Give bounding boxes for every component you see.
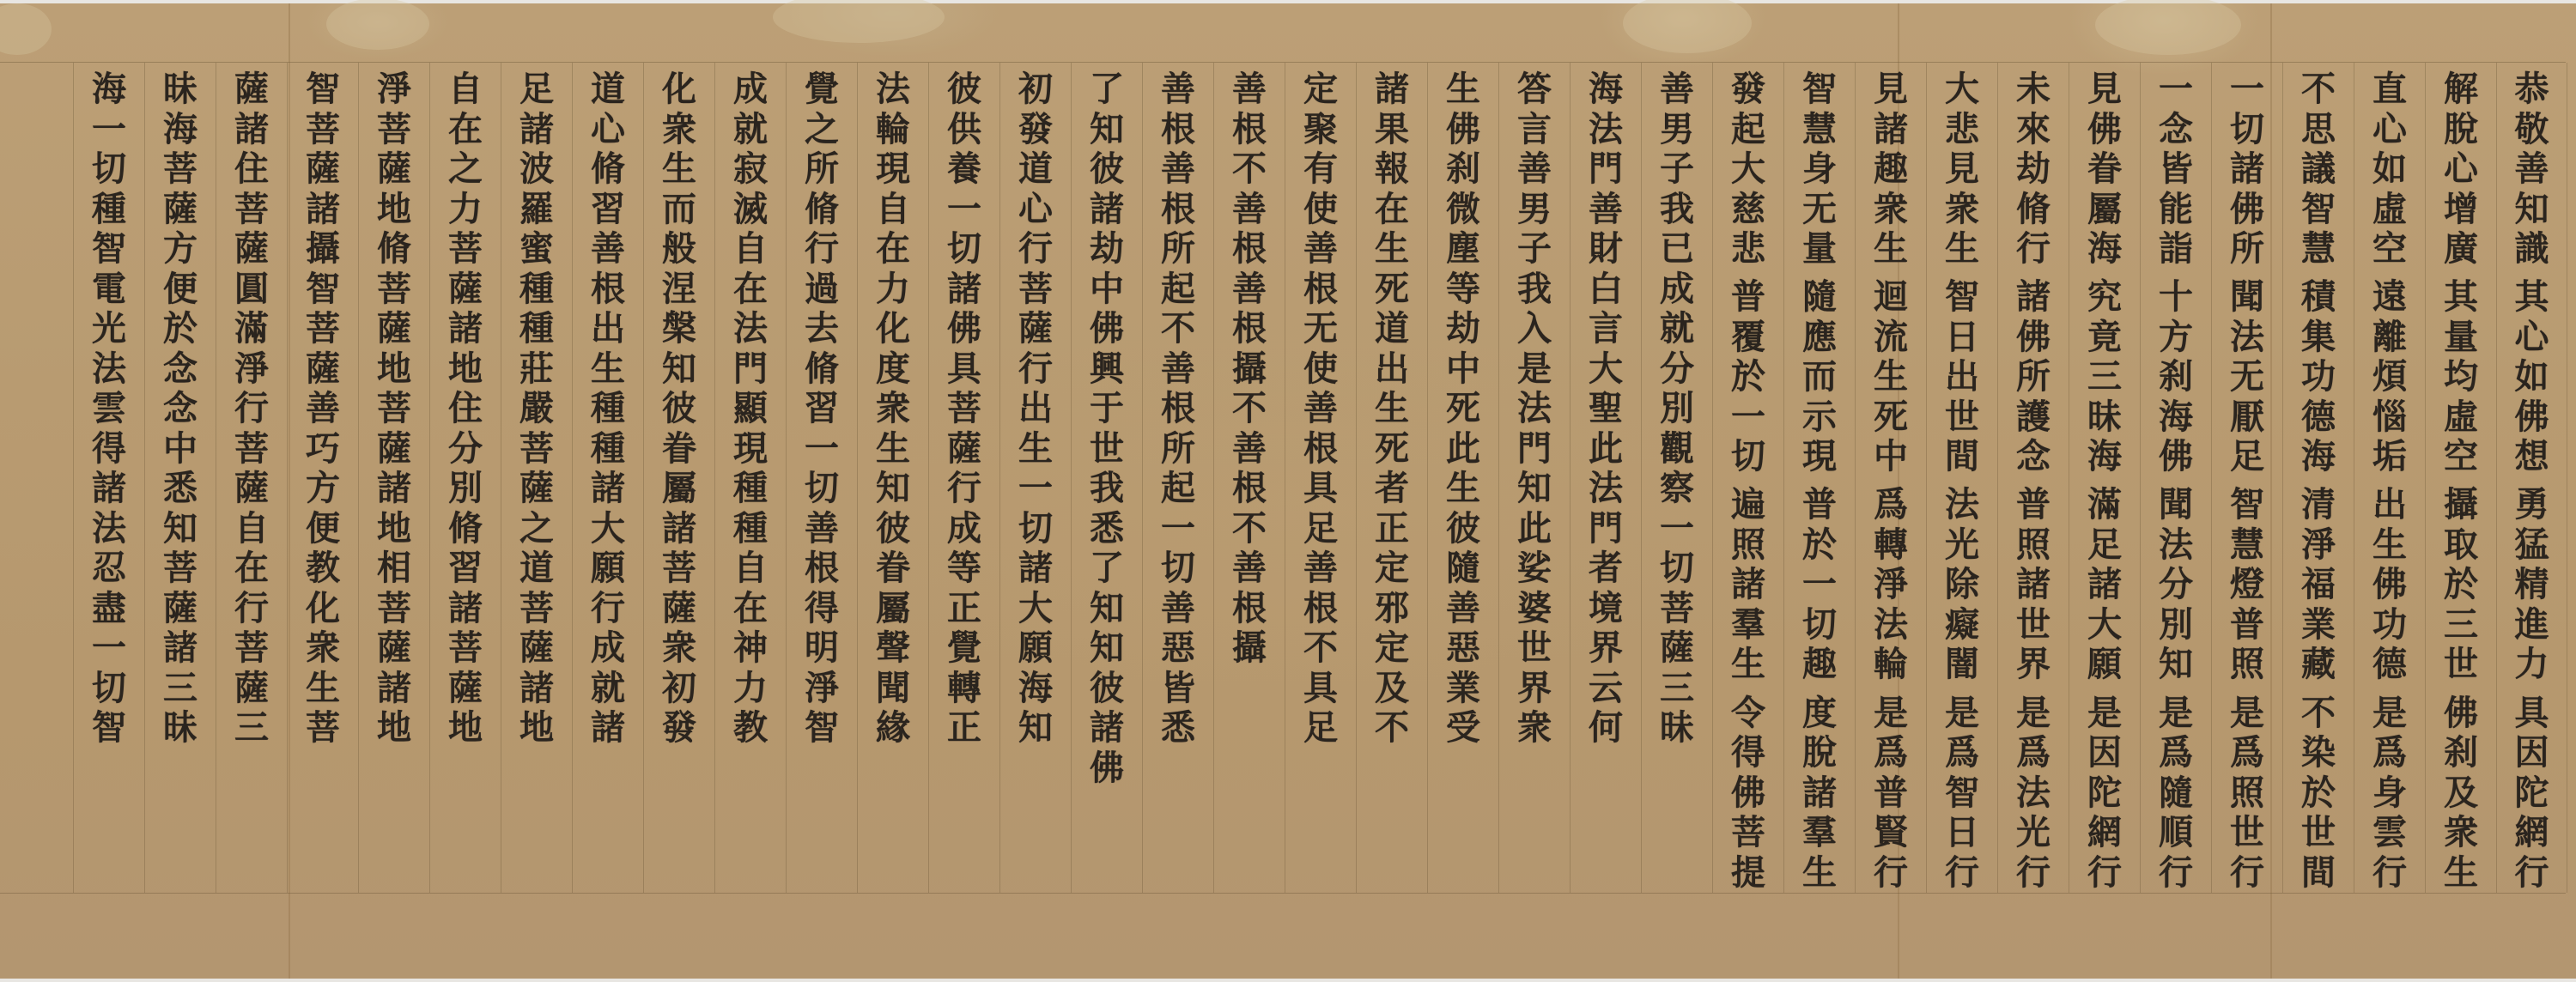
glyph: 於: [1722, 357, 1774, 397]
text-column: 智菩薩諸攝智菩薩善巧方便教化衆生菩: [287, 63, 358, 893]
glyph: 等: [1437, 270, 1489, 310]
glyph: 願: [2079, 645, 2130, 685]
text-column: 化衆生而般涅槃知彼眷屬諸菩薩衆初發: [643, 63, 714, 893]
glyph: 法: [1580, 110, 1631, 150]
glyph: 陀: [2506, 773, 2558, 814]
glyph: 正: [1366, 509, 1418, 549]
glyph: 生: [1794, 853, 1845, 894]
glyph: 正: [939, 589, 990, 629]
glyph: 住: [226, 149, 277, 190]
glyph: 業: [1437, 669, 1489, 709]
glyph: 願: [582, 549, 634, 589]
glyph: 受: [1437, 708, 1489, 749]
glyph: 世: [1081, 429, 1133, 470]
glyph: 種: [511, 309, 562, 349]
glyph: 足: [2221, 437, 2273, 477]
glyph: 生: [2435, 853, 2487, 894]
glyph: 薩: [368, 628, 420, 669]
water-stain: [326, 0, 429, 50]
glyph: 薩: [368, 149, 420, 190]
glyph: 起: [1722, 110, 1774, 150]
glyph: 自: [725, 549, 776, 589]
glyph: 地: [368, 349, 420, 390]
glyph: 慧: [2293, 229, 2344, 270]
glyph: 根: [1224, 110, 1275, 150]
glyph: 切: [1651, 549, 1703, 589]
glyph: 者: [1580, 549, 1631, 589]
glyph: 我: [1651, 190, 1703, 230]
glyph: 是: [2150, 694, 2202, 734]
glyph: 解: [2435, 70, 2487, 110]
glyph: 不: [1224, 509, 1275, 549]
glyph: 照: [2221, 645, 2273, 685]
glyph: 菩: [939, 389, 990, 429]
glyph: 生: [1865, 229, 1917, 270]
glyph: 佛: [2364, 565, 2415, 605]
glyph: 發: [1010, 110, 1061, 150]
glyph: 習: [582, 190, 634, 230]
glyph: 除: [1936, 565, 1988, 605]
glyph: 佛: [1081, 309, 1133, 349]
glyph: 菩: [297, 708, 349, 749]
glyph: 諸: [2079, 565, 2130, 605]
glyph: 諸: [368, 669, 420, 709]
glyph: 之: [796, 110, 848, 150]
glyph: 諸: [653, 509, 705, 549]
glyph: 昧: [155, 70, 206, 110]
glyph: 菩: [511, 589, 562, 629]
glyph: 世: [1936, 397, 1988, 438]
glyph: 出: [2364, 485, 2415, 525]
glyph: 成: [1651, 270, 1703, 310]
glyph: 无: [1295, 309, 1346, 349]
glyph: 行: [2364, 853, 2415, 894]
glyph: 諸: [297, 190, 349, 230]
glyph: 地: [368, 190, 420, 230]
glyph: 悲: [1722, 229, 1774, 270]
glyph: 脩: [796, 190, 848, 230]
glyph: 癡: [1936, 605, 1988, 646]
glyph: 足: [2079, 525, 2130, 566]
text-column: 答言善男子我入是法門知此娑婆世界衆: [1498, 63, 1570, 893]
glyph: 行: [1936, 853, 1988, 894]
glyph: 切: [1010, 509, 1061, 549]
glyph: 別: [1651, 389, 1703, 429]
glyph: 流: [1865, 318, 1917, 358]
glyph: 塵: [1437, 229, 1489, 270]
glyph: 三: [226, 708, 277, 749]
glyph: 已: [1651, 229, 1703, 270]
glyph: 菩: [440, 229, 491, 270]
glyph: 不: [1224, 149, 1275, 190]
glyph: 度: [867, 349, 919, 390]
glyph: 脩: [796, 349, 848, 390]
glyph: 行: [2221, 853, 2273, 894]
glyph: 境: [1580, 589, 1631, 629]
glyph: 聚: [1295, 110, 1346, 150]
glyph: 及: [2435, 773, 2487, 814]
glyph: 佛: [2079, 110, 2130, 150]
glyph: 照: [1722, 525, 1774, 566]
glyph: 衆: [1865, 190, 1917, 230]
glyph: 得: [796, 589, 848, 629]
glyph: 不: [1224, 389, 1275, 429]
glyph: 門: [725, 349, 776, 390]
glyph: 具: [939, 349, 990, 390]
glyph: 行: [939, 469, 990, 509]
glyph: 煩: [2364, 357, 2415, 397]
glyph: 量: [1794, 229, 1845, 270]
glyph: 淨: [796, 669, 848, 709]
text-column: 海一切種智電光法雲得諸法忍盡一切智: [73, 63, 144, 893]
glyph: 大: [2079, 605, 2130, 646]
glyph: 言: [1580, 309, 1631, 349]
glyph: 薩: [155, 190, 206, 230]
glyph: 發: [653, 708, 705, 749]
glyph: 衆: [867, 389, 919, 429]
glyph: 方: [297, 469, 349, 509]
glyph: 善: [1152, 149, 1204, 190]
glyph: 切: [1794, 605, 1845, 646]
glyph: 昧: [1651, 708, 1703, 749]
glyph: 廣: [2435, 229, 2487, 270]
glyph: 染: [2293, 733, 2344, 773]
glyph: 切: [2221, 110, 2273, 150]
glyph: 界: [1509, 669, 1560, 709]
glyph: 就: [582, 669, 634, 709]
glyph: 知: [2506, 190, 2558, 230]
glyph: 行: [1010, 349, 1061, 390]
glyph: 善: [1152, 349, 1204, 390]
glyph: 界: [1580, 628, 1631, 669]
glyph: 知: [867, 469, 919, 509]
glyph: 刹: [2435, 733, 2487, 773]
glyph: 光: [1936, 525, 1988, 566]
glyph: 衆: [1509, 708, 1560, 749]
glyph: 薩: [155, 589, 206, 629]
glyph: 菩: [297, 110, 349, 150]
glyph: 悉: [1081, 509, 1133, 549]
glyph: 道: [582, 70, 634, 110]
glyph: 海: [83, 70, 135, 110]
glyph: 根: [1224, 309, 1275, 349]
glyph: 門: [1580, 149, 1631, 190]
glyph: 爲: [2008, 733, 2059, 773]
glyph: 佛: [939, 309, 990, 349]
glyph: 生: [867, 429, 919, 470]
glyph: 其: [2506, 277, 2558, 318]
glyph: 出: [1936, 357, 1988, 397]
glyph: 在: [867, 229, 919, 270]
glyph: 善: [1295, 389, 1346, 429]
glyph: 在: [440, 110, 491, 150]
glyph: 力: [867, 270, 919, 310]
glyph: 藏: [2293, 645, 2344, 685]
glyph: 趣: [1865, 149, 1917, 190]
glyph: 智: [2221, 485, 2273, 525]
glyph: 行: [226, 389, 277, 429]
glyph: 攝: [2435, 485, 2487, 525]
glyph: 脩: [440, 509, 491, 549]
glyph: 世: [2008, 605, 2059, 646]
glyph: 薩: [511, 628, 562, 669]
glyph: 善: [1295, 549, 1346, 589]
glyph: 去: [796, 309, 848, 349]
glyph: 中: [1081, 270, 1133, 310]
glyph: 劫: [1437, 309, 1489, 349]
text-column: 解脫心增廣其量均虛空攝取於三世佛刹及衆生: [2425, 63, 2496, 893]
glyph: 網: [2506, 813, 2558, 853]
glyph: 佛: [2008, 318, 2059, 358]
glyph: 根: [1295, 270, 1346, 310]
glyph: 海: [2079, 437, 2130, 477]
glyph: 未: [2008, 70, 2059, 110]
glyph: 觀: [1651, 429, 1703, 470]
glyph: 衆: [653, 628, 705, 669]
glyph: 此: [1580, 429, 1631, 470]
glyph: 善: [1224, 549, 1275, 589]
glyph: 初: [653, 669, 705, 709]
glyph: 世: [1509, 628, 1560, 669]
glyph: 无: [1794, 190, 1845, 230]
glyph: 心: [2506, 318, 2558, 358]
glyph: 根: [1224, 589, 1275, 629]
glyph: 淨: [368, 70, 420, 110]
glyph: 爲: [1865, 733, 1917, 773]
glyph: 自: [867, 190, 919, 230]
glyph: 行: [1010, 229, 1061, 270]
glyph: 使: [1295, 190, 1346, 230]
glyph: 因: [2506, 733, 2558, 773]
glyph: 子: [1509, 229, 1560, 270]
glyph: 足: [1295, 509, 1346, 549]
glyph: 於: [2435, 565, 2487, 605]
glyph: 諸: [939, 270, 990, 310]
glyph: 海: [1010, 669, 1061, 709]
glyph: 敬: [2506, 110, 2558, 150]
text-columns: 恭敬善知識其心如佛想勇猛精進力具因陀網行 解脫心增廣其量均虛空攝取於三世佛刹及衆…: [0, 63, 2567, 893]
glyph: 生: [1936, 229, 1988, 270]
glyph: 便: [297, 509, 349, 549]
glyph: 根: [1152, 110, 1204, 150]
glyph: 諸: [440, 589, 491, 629]
glyph: 是: [2364, 694, 2415, 734]
glyph: 波: [511, 149, 562, 190]
text-column: 發起大慈悲普覆於一切遍照諸羣生令得佛菩提: [1712, 63, 1783, 893]
glyph: 成: [582, 628, 634, 669]
glyph: 諸: [83, 469, 135, 509]
glyph: 忍: [83, 549, 135, 589]
text-column: 大悲見衆生智日出世間法光除癡闇是爲智日行: [1926, 63, 1997, 893]
glyph: 種: [582, 429, 634, 470]
glyph: 生: [1865, 357, 1917, 397]
glyph: 行: [582, 589, 634, 629]
glyph: 菩: [226, 190, 277, 230]
glyph: 有: [1295, 149, 1346, 190]
glyph: 薩: [297, 149, 349, 190]
glyph: 足: [1295, 708, 1346, 749]
glyph: 諸: [2008, 565, 2059, 605]
glyph: 慧: [1794, 110, 1845, 150]
text-column: 未來劫脩行諸佛所護念普照諸世界是爲法光行: [1997, 63, 2069, 893]
glyph: 知: [2150, 645, 2202, 685]
glyph: 法: [2221, 318, 2273, 358]
glyph: 薩: [368, 309, 420, 349]
glyph: 行: [2008, 229, 2059, 270]
glyph: 攝: [297, 229, 349, 270]
text-column: 善根不善根善根攝不善根不善根攝: [1213, 63, 1285, 893]
text-column: 定聚有使善根无使善根具足善根不具足: [1285, 63, 1356, 893]
glyph: 白: [1580, 270, 1631, 310]
glyph: 一: [1722, 397, 1774, 438]
glyph: 法: [83, 509, 135, 549]
glyph: 詣: [2150, 229, 2202, 270]
glyph: 諸: [1722, 565, 1774, 605]
glyph: 是: [2079, 694, 2130, 734]
glyph: 自: [725, 229, 776, 270]
glyph: 諸: [440, 309, 491, 349]
glyph: 諸: [511, 669, 562, 709]
glyph: 量: [2435, 318, 2487, 358]
glyph: 不: [2293, 70, 2344, 110]
glyph: 皆: [1152, 669, 1204, 709]
glyph: 死: [1366, 270, 1418, 310]
glyph: 盡: [83, 589, 135, 629]
glyph: 等: [939, 549, 990, 589]
glyph: 如: [2364, 149, 2415, 190]
water-stain: [2095, 0, 2241, 55]
glyph: 此: [1437, 429, 1489, 470]
glyph: 佛: [2506, 397, 2558, 438]
glyph: 別: [2150, 605, 2202, 646]
glyph: 彼: [867, 509, 919, 549]
glyph: 一: [2221, 70, 2273, 110]
glyph: 彼: [653, 389, 705, 429]
glyph: 足: [511, 70, 562, 110]
glyph: 力: [440, 190, 491, 230]
glyph: 相: [368, 549, 420, 589]
glyph: 三: [2435, 605, 2487, 646]
glyph: 死: [1437, 389, 1489, 429]
glyph: 雲: [2364, 813, 2415, 853]
glyph: 佛: [1081, 749, 1133, 789]
glyph: 一: [2150, 70, 2202, 110]
glyph: 衆: [1936, 190, 1988, 230]
glyph: 於: [155, 309, 206, 349]
glyph: 悉: [1152, 708, 1204, 749]
glyph: 增: [2435, 190, 2487, 230]
glyph: 垢: [2364, 437, 2415, 477]
glyph: 見: [1936, 149, 1988, 190]
glyph: 法: [1509, 389, 1560, 429]
glyph: 衆: [653, 110, 705, 150]
glyph: 行: [2150, 853, 2202, 894]
glyph: 所: [2221, 229, 2273, 270]
glyph: 勇: [2506, 485, 2558, 525]
glyph: 因: [2079, 733, 2130, 773]
glyph: 過: [796, 270, 848, 310]
glyph: 初: [1010, 70, 1061, 110]
glyph: 知: [1509, 469, 1560, 509]
glyph: 提: [1722, 853, 1774, 894]
text-column: 覺之所脩行過去脩習一切善根得明淨智: [786, 63, 857, 893]
text-column: 成就寂滅自在法門顯現種種自在神力教: [714, 63, 786, 893]
glyph: 是: [1936, 694, 1988, 734]
glyph: 蜜: [511, 229, 562, 270]
glyph: 不: [2293, 694, 2344, 734]
glyph: 大: [1010, 589, 1061, 629]
glyph: 法: [2008, 773, 2059, 814]
glyph: 善: [1580, 190, 1631, 230]
glyph: 功: [2293, 357, 2344, 397]
glyph: 大: [1722, 149, 1774, 190]
glyph: 微: [1437, 190, 1489, 230]
glyph: 我: [1509, 270, 1560, 310]
glyph: 成: [939, 509, 990, 549]
glyph: 爲: [2221, 733, 2273, 773]
glyph: 想: [2506, 437, 2558, 477]
glyph: 菩: [368, 270, 420, 310]
glyph: 起: [1152, 469, 1204, 509]
glyph: 願: [1010, 628, 1061, 669]
text-column: 一切諸佛所聞法无厭足智慧燈普照是爲照世行: [2211, 63, 2282, 893]
glyph: 根: [1295, 429, 1346, 470]
glyph: 恭: [2506, 70, 2558, 110]
glyph: 劫: [1081, 229, 1133, 270]
glyph: 菩: [1722, 813, 1774, 853]
text-column: 道心脩習善根出生種種諸大願行成就諸: [572, 63, 643, 893]
glyph: 報: [1366, 149, 1418, 190]
glyph: 生: [653, 149, 705, 190]
glyph: 智: [2293, 190, 2344, 230]
glyph: 生: [1437, 70, 1489, 110]
glyph: 慈: [1722, 190, 1774, 230]
glyph: 日: [1936, 813, 1988, 853]
glyph: 不: [1295, 628, 1346, 669]
glyph: 惡: [1437, 628, 1489, 669]
glyph: 具: [2506, 694, 2558, 734]
glyph: 脫: [2435, 110, 2487, 150]
text-column: 了知彼諸劫中佛興于世我悉了知知彼諸佛: [1071, 63, 1142, 893]
glyph: 生: [2364, 525, 2415, 566]
glyph: 諸: [1081, 190, 1133, 230]
glyph: 了: [1081, 70, 1133, 110]
glyph: 闇: [1936, 645, 1988, 685]
glyph: 取: [2435, 525, 2487, 566]
glyph: 知: [1081, 628, 1133, 669]
glyph: 三: [155, 669, 206, 709]
glyph: 薩: [653, 589, 705, 629]
glyph: 海: [2079, 229, 2130, 270]
glyph: 來: [2008, 110, 2059, 150]
glyph: 薩: [226, 229, 277, 270]
glyph: 空: [2435, 437, 2487, 477]
glyph: 輪: [867, 110, 919, 150]
glyph: 令: [1722, 694, 1774, 734]
glyph: 自: [226, 509, 277, 549]
glyph: 道: [511, 549, 562, 589]
text-column: 善根善根所起不善根所起一切善惡皆悉: [1142, 63, 1213, 893]
glyph: 德: [2364, 645, 2415, 685]
glyph: 度: [1794, 694, 1845, 734]
glyph: 善: [1295, 229, 1346, 270]
glyph: 隨: [1437, 549, 1489, 589]
glyph: 善: [1437, 589, 1489, 629]
glyph: 眷: [653, 429, 705, 470]
text-column: 見諸趣衆生迴流生死中爲轉淨法輪是爲普賢行: [1855, 63, 1926, 893]
glyph: 菩: [368, 389, 420, 429]
glyph: 門: [1580, 509, 1631, 549]
